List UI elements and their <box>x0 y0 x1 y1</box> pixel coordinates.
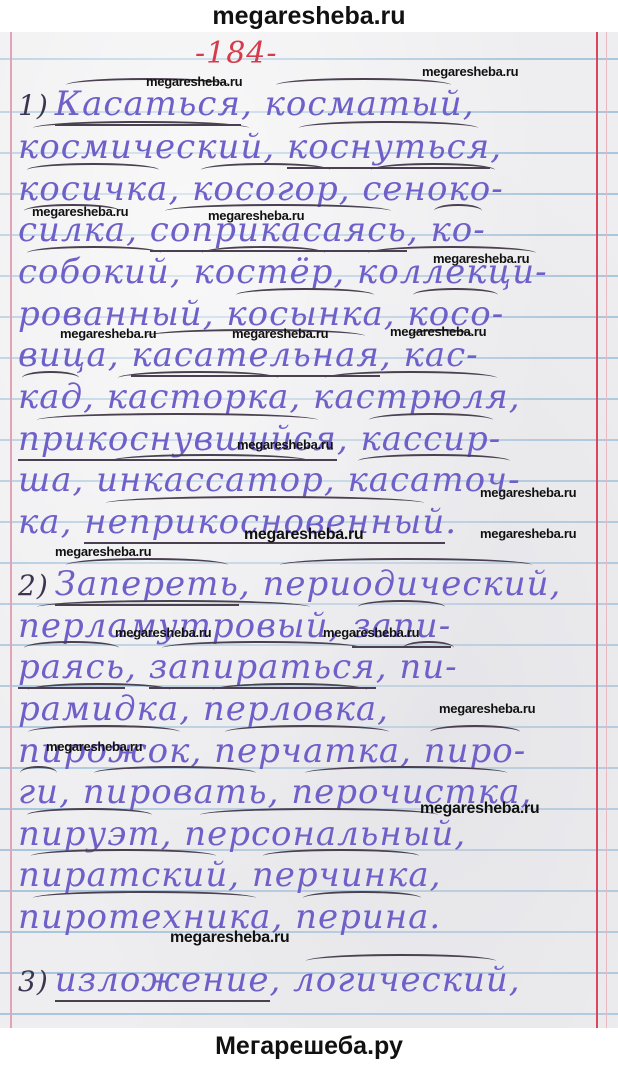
root-arc-mark <box>66 558 228 572</box>
watermark-text: megaresheba.ru <box>439 701 535 716</box>
root-arc-mark <box>162 641 362 655</box>
watermark-text: megaresheba.ru <box>32 204 128 219</box>
root-arc-mark <box>369 413 493 427</box>
handwritten-word: касторка <box>107 377 290 417</box>
site-footer-title: Мегарешеба.ру <box>215 1032 403 1060</box>
handwritten-word: персональный <box>184 814 454 854</box>
handwritten-line: косичка, косогор, сеноко- <box>18 169 598 209</box>
root-arc-mark <box>118 371 279 385</box>
site-header-title: megaresheba.ru <box>212 2 405 30</box>
handwritten-word: пировать <box>83 772 268 812</box>
section-number: 1) <box>18 89 49 122</box>
root-arc-mark <box>413 288 498 302</box>
site-header: megaresheba.ru <box>0 0 618 34</box>
watermark-text: megaresheba.ru <box>420 800 539 818</box>
handwritten-word: кас- <box>404 335 479 375</box>
watermark-text: megaresheba.ru <box>480 526 576 541</box>
handwritten-word: кад <box>18 377 83 417</box>
watermark-text: megaresheba.ru <box>115 625 211 640</box>
handwritten-word: Касаться <box>55 84 241 126</box>
root-arc-mark <box>225 725 389 739</box>
handwritten-word: перчатка <box>214 731 400 771</box>
root-arc-mark <box>213 683 366 697</box>
handwritten-word: ша <box>18 460 72 500</box>
handwritten-word: космический <box>18 127 263 167</box>
handwritten-word: изложение <box>55 960 270 1002</box>
handwritten-word: пиро- <box>424 731 527 771</box>
root-arc-mark <box>434 204 483 218</box>
root-arc-mark <box>37 600 310 614</box>
notebook-page: -184- 1)Касаться, косматый,космический, … <box>0 32 618 1028</box>
handwritten-word: периодический <box>262 564 549 604</box>
handwritten-line: пиратский, перчинка, <box>18 855 598 895</box>
root-arc-mark <box>202 246 325 260</box>
handwritten-word: собокий <box>18 252 170 292</box>
root-arc-mark <box>358 600 445 614</box>
root-arc-mark <box>94 766 257 780</box>
watermark-text: megaresheba.ru <box>46 739 142 754</box>
root-arc-mark <box>403 641 454 655</box>
watermark-text: megaresheba.ru <box>55 544 151 559</box>
root-arc-mark <box>263 849 419 863</box>
handwritten-word: ги <box>18 772 59 812</box>
handwritten-line: кад, касторка, кастрюля, <box>18 377 598 417</box>
watermark-text: megaresheba.ru <box>323 625 419 640</box>
watermark-text: megaresheba.ru <box>390 324 486 339</box>
handwritten-word: косогор <box>192 169 339 209</box>
watermark-text: megaresheba.ru <box>433 251 529 266</box>
left-margin-line <box>10 32 12 1028</box>
root-arc-mark <box>27 808 152 822</box>
root-arc-mark <box>33 891 256 905</box>
right-margin-faint-line <box>606 32 607 1028</box>
root-arc-mark <box>28 683 170 697</box>
root-arc-mark <box>276 78 450 92</box>
handwritten-word: перловка <box>203 689 377 729</box>
watermark-text: megaresheba.ru <box>146 74 242 89</box>
root-arc-mark <box>27 246 161 260</box>
handwritten-line: пиротехника, перина. <box>18 897 598 937</box>
handwritten-word: ка <box>18 502 61 542</box>
handwritten-word: пиратский <box>18 855 228 895</box>
root-arc-mark <box>27 163 159 177</box>
root-arc-mark <box>24 641 118 655</box>
root-arc-mark <box>22 371 79 385</box>
root-arc-mark <box>371 163 495 177</box>
root-arc-mark <box>201 163 330 177</box>
watermark-text: megaresheba.ru <box>170 929 289 947</box>
handwritten-word: кастрюля <box>313 377 509 417</box>
handwritten-word: вица <box>18 335 108 375</box>
handwritten-line: 1)Касаться, косматый, <box>18 84 598 126</box>
root-arc-mark <box>31 849 216 863</box>
root-arc-mark <box>106 496 424 510</box>
handwritten-word: перчинка <box>252 855 430 895</box>
handwritten-word: косматый <box>265 84 463 124</box>
watermark-text: megaresheba.ru <box>232 326 328 341</box>
handwritten-line: 3)изложение, логический, <box>18 960 598 1002</box>
handwritten-word: кассир- <box>360 419 501 459</box>
handwritten-line: пируэт, персональный, <box>18 814 598 854</box>
root-arc-mark <box>200 808 438 822</box>
handwritten-word: пируэт <box>18 814 161 854</box>
root-arc-mark <box>236 288 375 302</box>
root-arc-mark <box>280 558 533 572</box>
root-arc-mark <box>110 454 310 468</box>
root-arc-mark <box>306 954 496 968</box>
root-arc-mark <box>430 725 520 739</box>
page-number: -184- <box>195 36 278 71</box>
root-arc-mark <box>33 121 249 135</box>
root-arc-mark <box>303 891 421 905</box>
handwritten-word: перина <box>295 897 429 937</box>
watermark-text: megaresheba.ru <box>480 485 576 500</box>
handwritten-line: 2)Запереть, периодический, <box>18 564 598 606</box>
handwritten-word: сеноко- <box>362 169 503 209</box>
watermark-text: megaresheba.ru <box>244 526 363 544</box>
root-arc-mark <box>28 725 180 739</box>
root-arc-mark <box>299 121 478 135</box>
handwritten-word: логический <box>293 960 509 1000</box>
handwritten-word: инкассатор <box>96 460 324 500</box>
root-arc-mark <box>358 454 510 468</box>
handwritten-word: косичка <box>18 169 168 209</box>
watermark-text: megaresheba.ru <box>237 437 333 452</box>
root-arc-mark <box>305 766 507 780</box>
watermark-text: megaresheba.ru <box>208 208 304 223</box>
handwritten-word: костёр <box>193 252 333 292</box>
root-arc-mark <box>20 766 56 780</box>
watermark-text: megaresheba.ru <box>422 64 518 79</box>
root-arc-mark <box>325 371 497 385</box>
handwritten-line: вица, касательная, кас- <box>18 335 598 377</box>
watermark-text: megaresheba.ru <box>60 326 156 341</box>
handwritten-word: рамидка <box>18 689 179 729</box>
handwritten-word: пи- <box>399 647 457 687</box>
site-footer: Мегарешеба.ру <box>0 1028 618 1065</box>
section-number: 3) <box>18 965 49 998</box>
root-arc-mark <box>37 413 318 427</box>
section-number: 2) <box>18 569 49 602</box>
handwritten-word: ко- <box>430 210 485 250</box>
